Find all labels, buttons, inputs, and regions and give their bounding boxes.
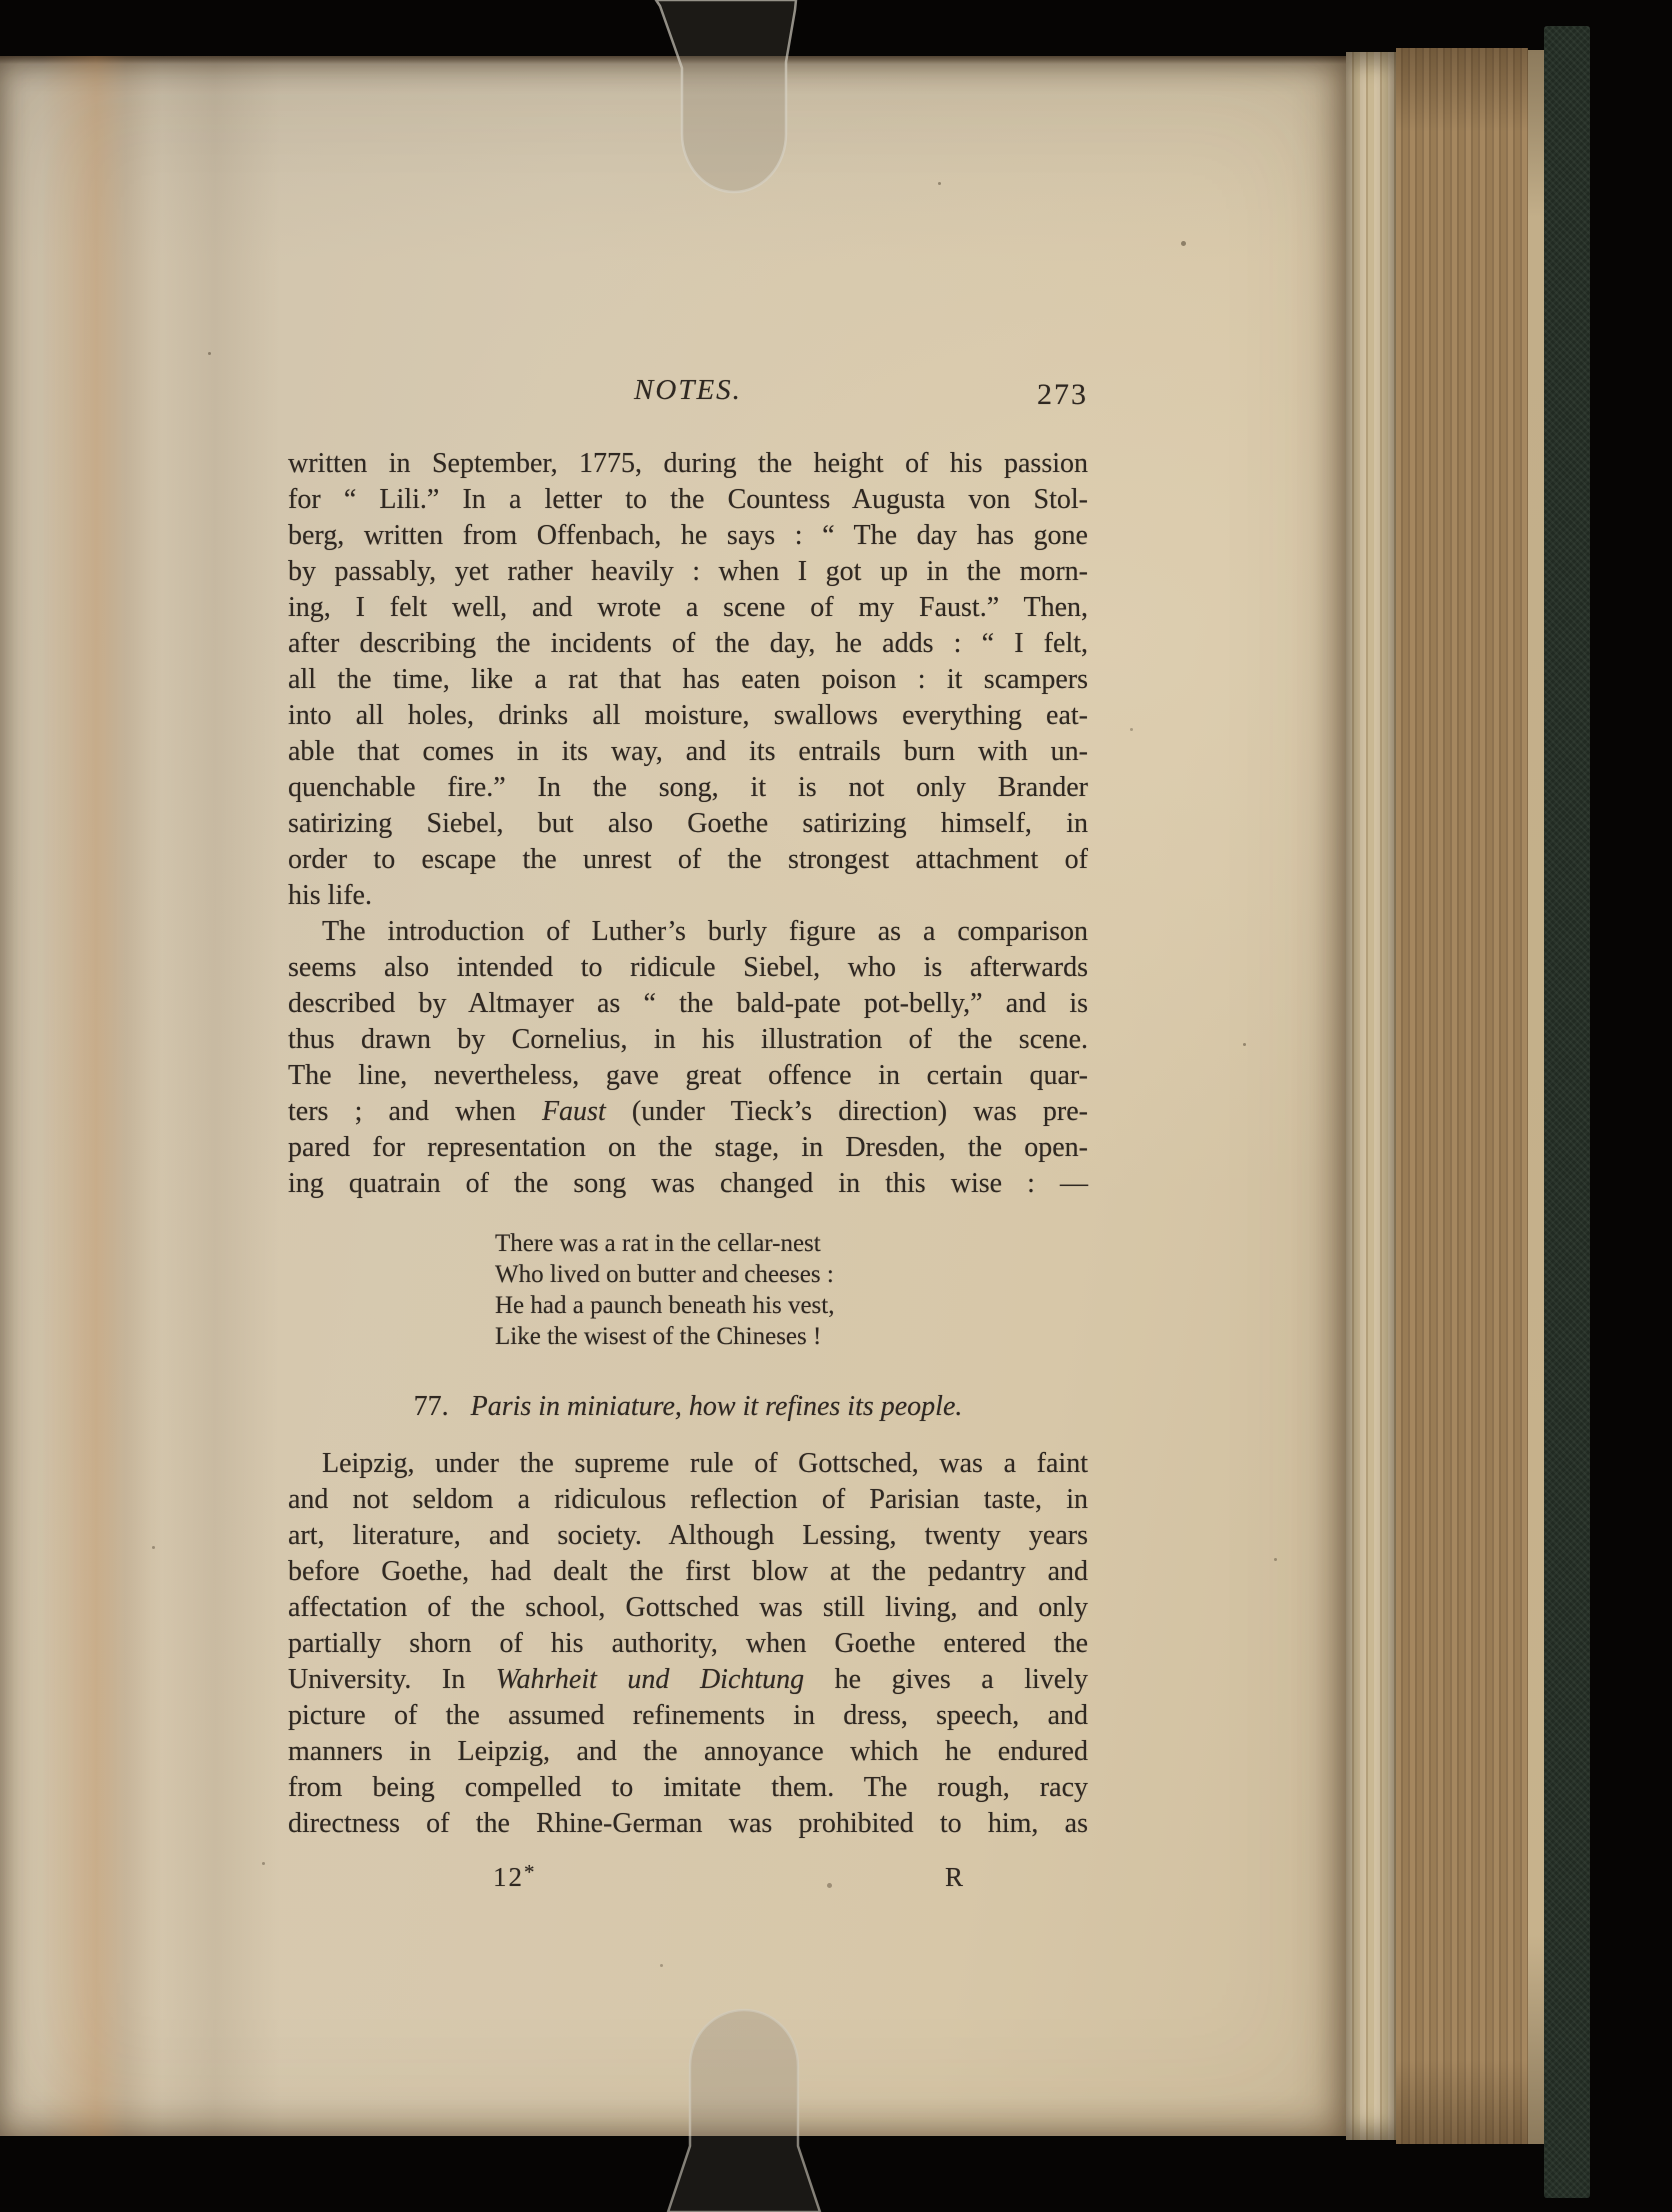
text-line: and not seldom a ridiculous reflection o… bbox=[288, 1482, 1088, 1518]
text-line: satirizing Siebel, but also Goethe satir… bbox=[288, 806, 1088, 842]
text-line: affectation of the school, Gottsched was… bbox=[288, 1590, 1088, 1626]
text-line: able that comes in its way, and its entr… bbox=[288, 734, 1088, 770]
verse-line: Who lived on butter and cheeses : bbox=[495, 1259, 1088, 1290]
text-line: from being compelled to imitate them. Th… bbox=[288, 1770, 1088, 1806]
asterisk: * bbox=[524, 1860, 537, 1884]
text-line: written in September, 1775, during the h… bbox=[288, 446, 1088, 482]
section-title: Paris in miniature, how it refines its p… bbox=[471, 1391, 963, 1422]
paragraph-2: The introduction of Luther’s burly figur… bbox=[288, 914, 1088, 1202]
text-line: manners in Leipzig, and the annoyance wh… bbox=[288, 1734, 1088, 1770]
running-header: NOTES. 273 bbox=[288, 374, 1088, 446]
section-heading: 77.Paris in miniature, how it refines it… bbox=[288, 1391, 1088, 1427]
running-header-title: NOTES. bbox=[288, 374, 1088, 407]
gutter-shadow-soft bbox=[150, 56, 280, 2136]
text-line: picture of the assumed refinements in dr… bbox=[288, 1698, 1088, 1734]
page-edges-outer bbox=[1528, 50, 1544, 2144]
text-line: pared for representation on the stage, i… bbox=[288, 1130, 1088, 1166]
text-line: before Goethe, had dealt the first blow … bbox=[288, 1554, 1088, 1590]
text-segment: (under Tieck’s direction) was pre- bbox=[606, 1096, 1088, 1127]
verse-line: There was a rat in the cellar-nest bbox=[495, 1228, 1088, 1259]
text-line: described by Altmayer as “ the bald-pate… bbox=[288, 986, 1088, 1022]
text-segment: ters ; and when bbox=[288, 1096, 542, 1127]
text-segment: University. In bbox=[288, 1664, 496, 1695]
text-line: his life. bbox=[288, 878, 1088, 914]
gathering-signature-right: R bbox=[945, 1862, 963, 1893]
text-line: The line, nevertheless, gave great offen… bbox=[288, 1058, 1088, 1094]
verse-line: Like the wisest of the Chineses ! bbox=[495, 1321, 1088, 1352]
text-line: The introduction of Luther’s burly figur… bbox=[288, 914, 1088, 950]
text-line: into all holes, drinks all moisture, swa… bbox=[288, 698, 1088, 734]
text-line: directness of the Rhine-German was prohi… bbox=[288, 1806, 1088, 1842]
text-line: ters ; and when Faust (under Tieck’s dir… bbox=[288, 1094, 1088, 1130]
text-line: by passably, yet rather heavily : when I… bbox=[288, 554, 1088, 590]
text-line: art, literature, and society. Although L… bbox=[288, 1518, 1088, 1554]
italic-title: Faust bbox=[542, 1096, 606, 1127]
text-line: for “ Lili.” In a letter to the Countess… bbox=[288, 482, 1088, 518]
text-segment: he gives a lively bbox=[804, 1664, 1088, 1695]
text-line: order to escape the unrest of the strong… bbox=[288, 842, 1088, 878]
text-line: ing quatrain of the song was changed in … bbox=[288, 1166, 1088, 1202]
text-line: ing, I felt well, and wrote a scene of m… bbox=[288, 590, 1088, 626]
italic-title: Wahrheit und Dichtung bbox=[496, 1664, 804, 1695]
text-line: Leipzig, under the supreme rule of Gotts… bbox=[288, 1446, 1088, 1482]
book-cover-edge bbox=[1544, 26, 1590, 2198]
text-line: University. In Wahrheit und Dichtung he … bbox=[288, 1662, 1088, 1698]
text-line: thus drawn by Cornelius, in his illustra… bbox=[288, 1022, 1088, 1058]
page-footer: 12* R bbox=[288, 1860, 1088, 1900]
section-number: 77. bbox=[414, 1391, 449, 1422]
paragraph-3: Leipzig, under the supreme rule of Gotts… bbox=[288, 1446, 1088, 1842]
text-line: berg, written from Offenbach, he says : … bbox=[288, 518, 1088, 554]
dust-specks bbox=[0, 0, 3, 3]
book-page: NOTES. 273 written in September, 1775, d… bbox=[0, 56, 1346, 2136]
paragraph-1: written in September, 1775, during the h… bbox=[288, 446, 1088, 914]
text-line: seems also intended to ridicule Siebel, … bbox=[288, 950, 1088, 986]
gathering-signature-left: 12* bbox=[493, 1860, 537, 1893]
text-line: all the time, like a rat that has eaten … bbox=[288, 662, 1088, 698]
text-line: quenchable fire.” In the song, it is not… bbox=[288, 770, 1088, 806]
gutter-shadow bbox=[42, 56, 162, 2136]
verse-quatrain: There was a rat in the cellar-nest Who l… bbox=[495, 1228, 1088, 1352]
fore-edge-pages bbox=[1396, 48, 1528, 2144]
text-block: NOTES. 273 written in September, 1775, d… bbox=[288, 374, 1088, 1900]
photograph-of-book-page: { "colors": { "paper": "#d6c8ae", "ink":… bbox=[0, 0, 1672, 2212]
verse-line: He had a paunch beneath his vest, bbox=[495, 1290, 1088, 1321]
page-number: 273 bbox=[1037, 378, 1088, 412]
text-line: partially shorn of his authority, when G… bbox=[288, 1626, 1088, 1662]
text-line: after describing the incidents of the da… bbox=[288, 626, 1088, 662]
page-edges-inner bbox=[1346, 52, 1396, 2140]
